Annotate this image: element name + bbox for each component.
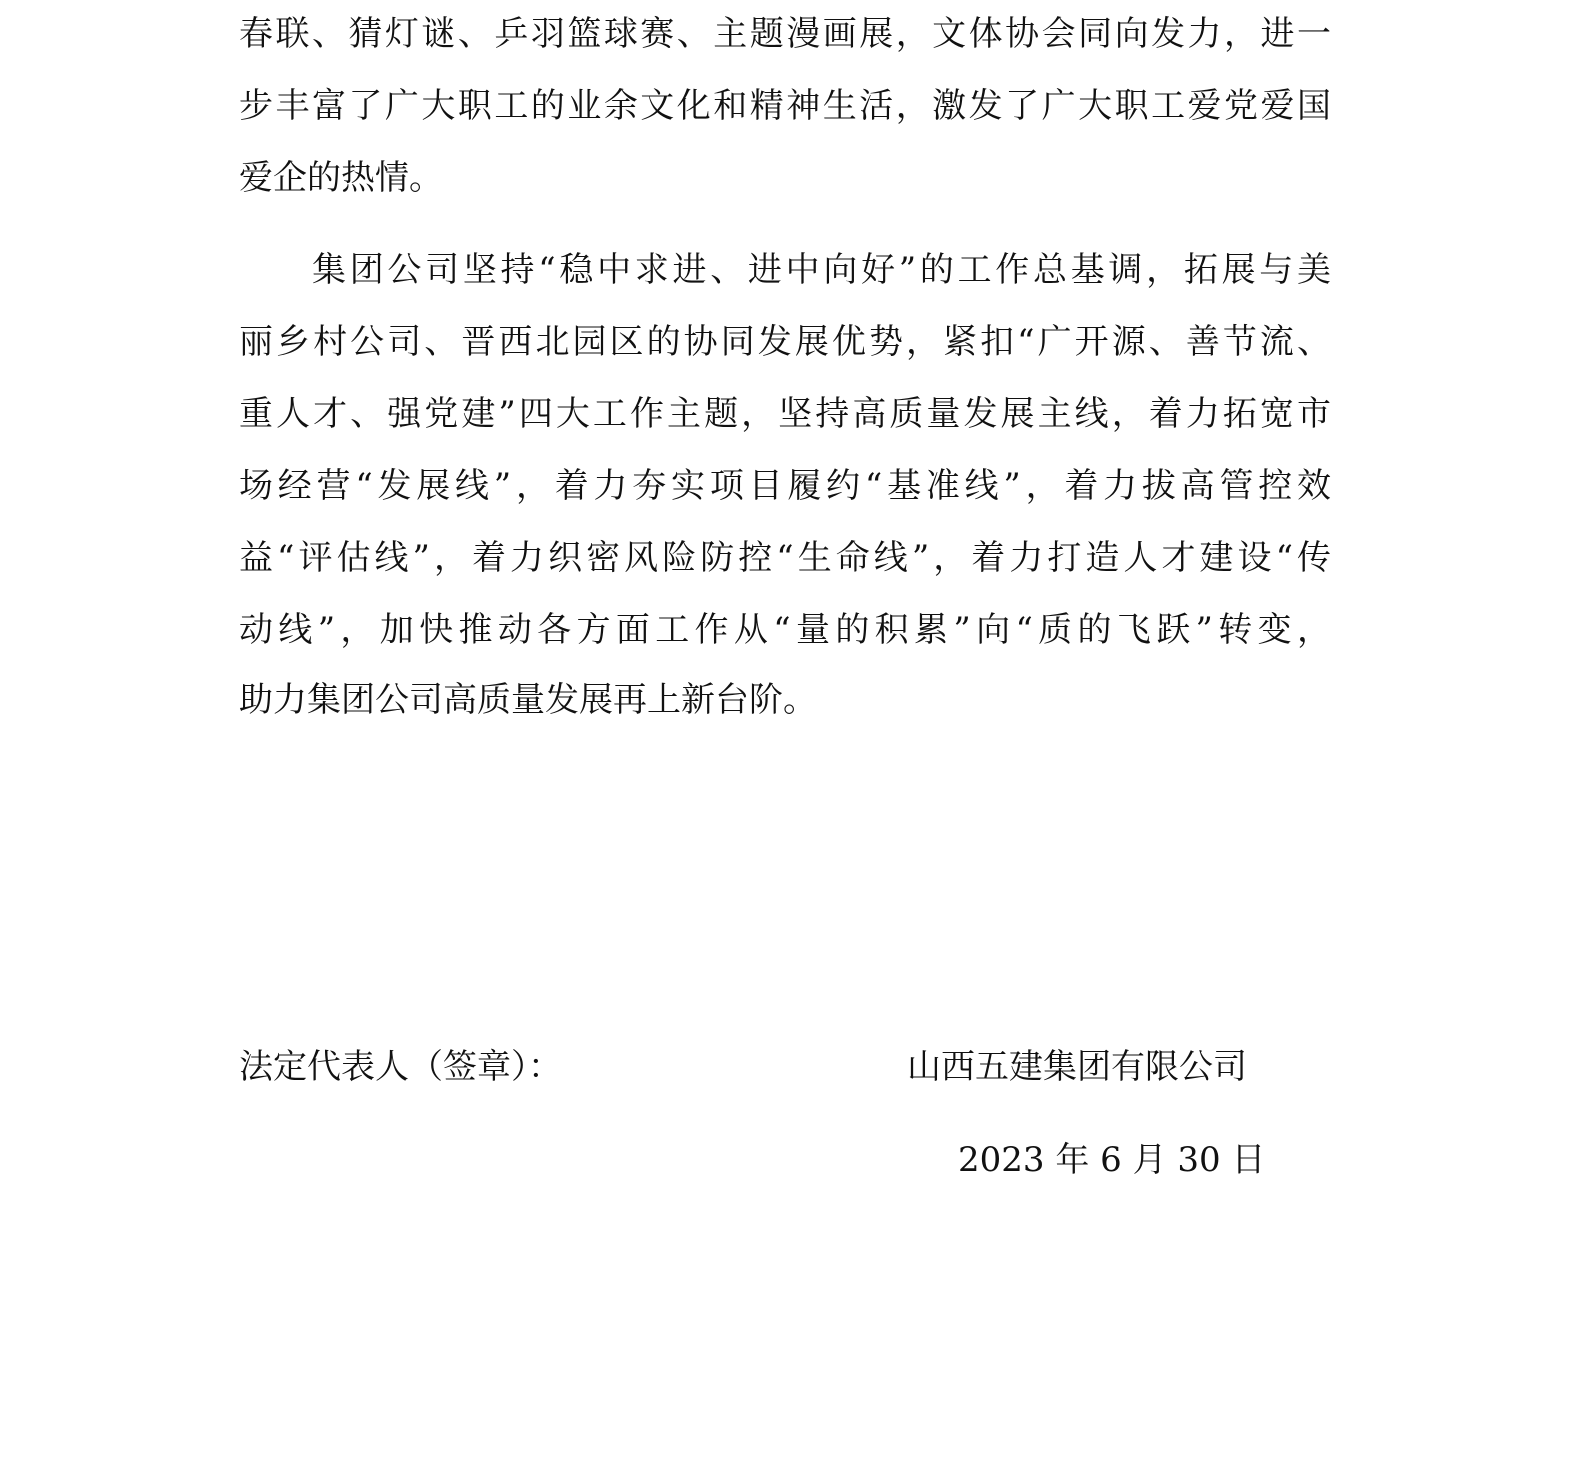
paragraph-1-line-3: 爱企的热情。	[239, 148, 1331, 208]
legal-representative-label: 法定代表人（签章）：	[239, 1037, 562, 1097]
paragraph-1-line-2: 步丰富了广大职工的业余文化和精神生活，激发了广大职工爱党爱国	[239, 76, 1331, 136]
paragraph-2-line-4: 场经营“发展线”，着力夯实项目履约“基准线”，着力拔高管控效	[239, 456, 1331, 516]
paragraph-2-line-1: 集团公司坚持“稳中求进、进中向好”的工作总基调，拓展与美	[312, 240, 1331, 300]
paragraph-2-line-2: 丽乡村公司、晋西北园区的协同发展优势，紧扣“广开源、善节流、	[239, 312, 1331, 372]
document-page: 春联、猜灯谜、乒羽篮球赛、主题漫画展，文体协会同向发力，进一 步丰富了广大职工的…	[0, 0, 1586, 1459]
paragraph-2-line-7: 助力集团公司高质量发展再上新台阶。	[239, 670, 1331, 730]
paragraph-2-line-3: 重人才、强党建”四大工作主题，坚持高质量发展主线，着力拓宽市	[239, 384, 1331, 444]
paragraph-1-line-1: 春联、猜灯谜、乒羽篮球赛、主题漫画展，文体协会同向发力，进一	[239, 4, 1331, 64]
paragraph-2-line-5: 益“评估线”，着力织密风险防控“生命线”，着力打造人才建设“传	[239, 528, 1331, 588]
company-name: 山西五建集团有限公司	[907, 1037, 1247, 1097]
paragraph-2-line-6: 动线”，加快推动各方面工作从“量的积累”向“质的飞跃”转变，	[239, 600, 1331, 660]
signature-date: 2023 年 6 月 30 日	[958, 1130, 1265, 1190]
